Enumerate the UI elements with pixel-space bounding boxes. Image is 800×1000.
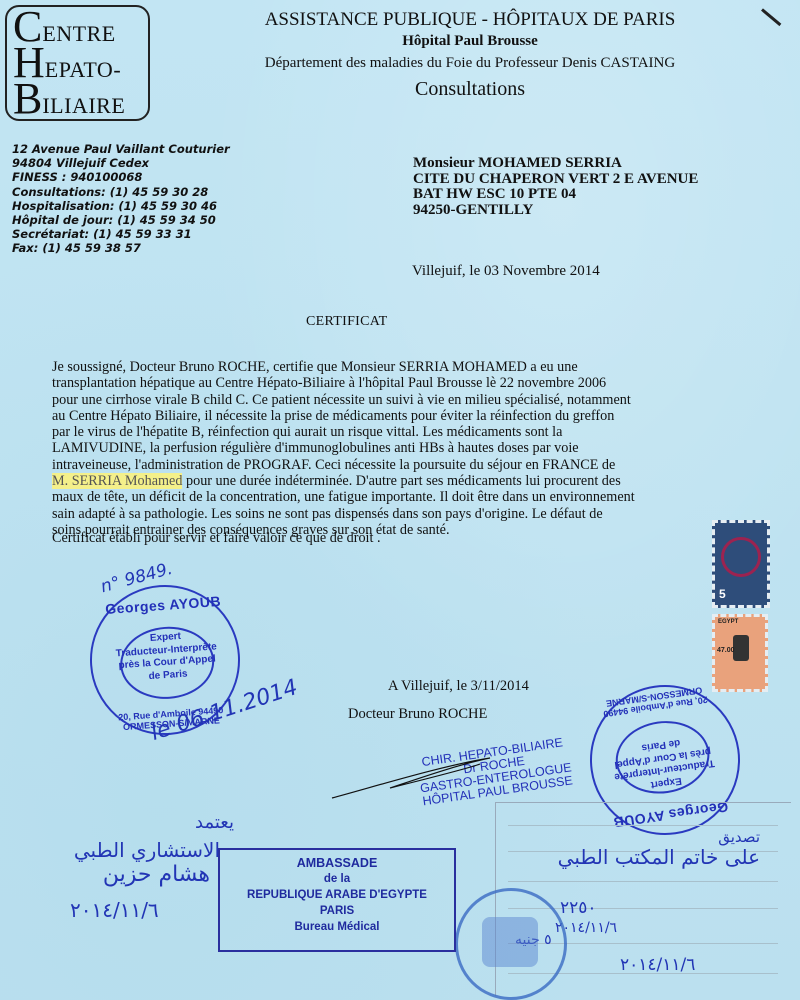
contact-day-hospital: Hôpital de jour: (1) 45 59 34 50 bbox=[12, 213, 230, 227]
institution-name: ASSISTANCE PUBLIQUE - HÔPITAUX DE PARIS bbox=[160, 9, 780, 31]
recipient-city: 94250-GENTILLY bbox=[413, 203, 698, 219]
body-line: sain adapté à sa pathologie. Les soins n… bbox=[52, 506, 772, 522]
letter-date: Villejuif, le 03 Novembre 2014 bbox=[412, 263, 600, 280]
department-name: Département des maladies du Foie du Prof… bbox=[160, 55, 780, 72]
body-line: par le virus de l'hépatite B, réinfectio… bbox=[52, 424, 772, 440]
arabic-approved: يعتمد bbox=[195, 812, 234, 833]
stamp-line: de la bbox=[220, 871, 454, 887]
embassy-stamp: AMBASSADE de la REPUBLIQUE ARABE D'EGYPT… bbox=[218, 848, 456, 952]
fiscal-stamp-orange: EGYPT 47.00 bbox=[712, 614, 768, 692]
stamp-line: PARIS bbox=[220, 903, 454, 919]
stamp-line: AMBASSADE bbox=[220, 855, 454, 871]
logo-line-biliaire: BILIAIRE bbox=[13, 81, 125, 119]
arabic-signer-name: هشام حزين bbox=[30, 862, 210, 887]
rosette-cancel-icon bbox=[721, 537, 761, 577]
stamp-ring-bottom: 20, Rue d'Amboile 94490 ORMESSON-S/MARNE bbox=[579, 682, 730, 723]
arabic-annotation-approval: تصديق bbox=[560, 828, 760, 846]
certificate-body: Je soussigné, Docteur Bruno ROCHE, certi… bbox=[52, 359, 772, 538]
hospital-contact: 12 Avenue Paul Vaillant Couturier 94804 … bbox=[12, 142, 230, 256]
contact-hospitalisation: Hospitalisation: (1) 45 59 30 46 bbox=[12, 199, 230, 213]
service-name: Consultations bbox=[160, 78, 780, 101]
body-line: LAMIVUDINE, la perfusion régulière d'imm… bbox=[52, 440, 772, 456]
certificate-title: CERTIFICAT bbox=[306, 314, 388, 330]
recipient-building: BAT HW ESC 10 PTE 04 bbox=[413, 187, 698, 203]
body-line: maux de tête, un déficit de la concentra… bbox=[52, 489, 772, 505]
signature-scribble bbox=[330, 752, 500, 802]
stamp-value: 47.00 bbox=[717, 647, 735, 654]
recipient-name: Monsieur MOHAMED SERRIA bbox=[413, 156, 698, 172]
signature-place-date: A Villejuif, le 3/11/2014 bbox=[388, 678, 529, 695]
closing-statement: Certificat établi pour servir et faire v… bbox=[52, 530, 381, 547]
logo-rest-biliaire: ILIAIRE bbox=[42, 93, 125, 118]
contact-finess: FINESS : 940100068 bbox=[12, 170, 230, 184]
form-line bbox=[508, 881, 778, 882]
stamp-ring-top: Georges AYOUB bbox=[88, 592, 239, 618]
fiscal-stamp-blue: 5 bbox=[712, 520, 770, 608]
contact-secretariat: Secrétariat: (1) 45 59 33 31 bbox=[12, 227, 230, 241]
stamp-center-text: Expert Traducteur-Interprète près la Cou… bbox=[586, 728, 741, 798]
stamp-center-text: Expert Traducteur-Interprète près la Cou… bbox=[90, 627, 243, 687]
body-line: transplantation hépatique au Centre Hépa… bbox=[52, 375, 772, 391]
stamp-line: REPUBLIQUE ARABE D'EGYPTE bbox=[220, 887, 454, 903]
signatory-name: Docteur Bruno ROCHE bbox=[348, 706, 487, 723]
arabic-left-date: ٢٠١٤/١١/٦ bbox=[70, 898, 159, 922]
recipient-street: CITE DU CHAPERON VERT 2 E AVENUE bbox=[413, 172, 698, 188]
logo-rest-hepato: EPATO- bbox=[45, 57, 121, 82]
arabic-annotation-office: على خاتم المكتب الطبي bbox=[520, 845, 760, 869]
body-line: pour une cirrhose virale B child C. Ce p… bbox=[52, 392, 772, 408]
form-line bbox=[508, 825, 778, 826]
chb-logo: CENTRE HEPATO- BILIAIRE bbox=[5, 5, 150, 121]
logo-initial-b: B bbox=[13, 74, 42, 123]
stamp-line: Bureau Médical bbox=[220, 919, 454, 935]
highlighted-patient-name: M. SERRIA Mohamed bbox=[52, 473, 182, 489]
arabic-amount: ٢٢٥٠ bbox=[560, 898, 597, 918]
arabic-medical-consultant: الاستشاري الطبي bbox=[60, 838, 220, 862]
stamp-value: 5 bbox=[719, 587, 726, 601]
contact-city: 94804 Villejuif Cedex bbox=[12, 156, 230, 170]
seal-emblem-icon bbox=[482, 917, 538, 967]
body-line: Je soussigné, Docteur Bruno ROCHE, certi… bbox=[52, 359, 772, 375]
recipient-address: Monsieur MOHAMED SERRIA CITE DU CHAPERON… bbox=[413, 156, 698, 218]
consulate-seal bbox=[455, 888, 567, 1000]
hospital-name: Hôpital Paul Brousse bbox=[160, 33, 780, 50]
arabic-date-2: ٢٠١٤/١١/٦ bbox=[620, 955, 695, 975]
contact-consultations: Consultations: (1) 45 59 30 28 bbox=[12, 185, 230, 199]
logo-rest-centre: ENTRE bbox=[42, 21, 115, 46]
body-line-rest: pour une durée indéterminée. D'autre par… bbox=[182, 473, 620, 489]
contact-fax: Fax: (1) 45 59 38 57 bbox=[12, 241, 230, 255]
stamp-country: EGYPT bbox=[718, 619, 738, 625]
eagle-emblem-icon bbox=[733, 635, 749, 661]
body-line: M. SERRIA Mohamed pour une durée indéter… bbox=[52, 473, 772, 489]
body-line: intraveineuse, l'administration de PROGR… bbox=[52, 457, 772, 473]
contact-address: 12 Avenue Paul Vaillant Couturier bbox=[12, 142, 230, 156]
body-line: au Centre Hépato Biliaire, il nécessite … bbox=[52, 408, 772, 424]
